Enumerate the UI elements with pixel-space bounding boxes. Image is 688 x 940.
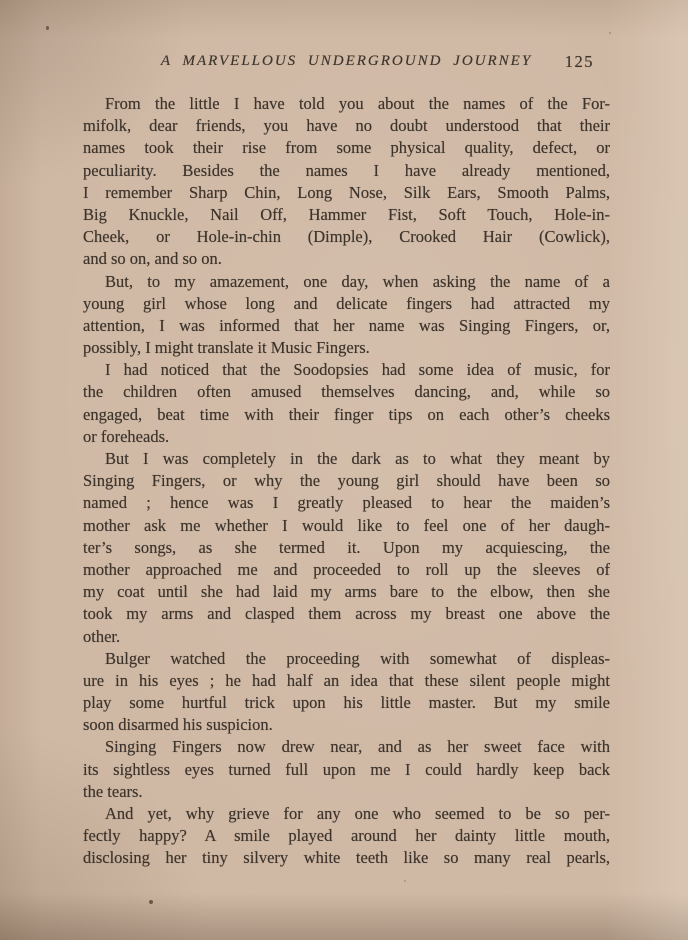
text-line: ure in his eyes ; he had half an idea th… bbox=[83, 670, 610, 692]
text-line: play some hurtful trick upon his little … bbox=[83, 692, 610, 714]
text-line: Singing Fingers, or why the young girl s… bbox=[83, 470, 610, 492]
text-line: mother approached me and proceeded to ro… bbox=[83, 559, 610, 581]
text-line: Big Knuckle, Nail Off, Hammer Fist, Soft… bbox=[83, 204, 610, 226]
text-line: or foreheads. bbox=[83, 426, 610, 448]
book-page: A MARVELLOUS UNDERGROUND JOURNEY 125 Fro… bbox=[0, 0, 688, 940]
text-line: soon disarmed his suspicion. bbox=[83, 714, 610, 736]
text-line: possibly, I might translate it Music Fin… bbox=[83, 337, 610, 359]
text-line: the tears. bbox=[83, 781, 610, 803]
running-head-title: A MARVELLOUS UNDERGROUND JOURNEY bbox=[161, 53, 532, 69]
text-line: and so on, and so on. bbox=[83, 248, 610, 270]
text-line: mifolk, dear friends, you have no doubt … bbox=[83, 115, 610, 137]
text-line: Cheek, or Hole-in-chin (Dimple), Crooked… bbox=[83, 226, 610, 248]
text-line: ter’s songs, as she termed it. Upon my a… bbox=[83, 537, 610, 559]
ink-speck bbox=[404, 880, 406, 882]
text-line: young girl whose long and delicate finge… bbox=[83, 293, 610, 315]
text-line: But I was completely in the dark as to w… bbox=[83, 448, 610, 470]
text-line: the children often amused themselves dan… bbox=[83, 381, 610, 403]
text-line: From the little I have told you about th… bbox=[83, 93, 610, 115]
text-line: fectly happy? A smile played around her … bbox=[83, 825, 610, 847]
text-line: mother ask me whether I would like to fe… bbox=[83, 515, 610, 537]
text-line: its sightless eyes turned full upon me I… bbox=[83, 759, 610, 781]
page-text: From the little I have told you about th… bbox=[83, 93, 610, 870]
text-line: other. bbox=[83, 626, 610, 648]
running-head: A MARVELLOUS UNDERGROUND JOURNEY 125 bbox=[83, 52, 610, 74]
text-line: Singing Fingers now drew near, and as he… bbox=[83, 736, 610, 758]
ink-speck bbox=[149, 900, 153, 904]
text-line: my coat until she had laid my arms bare … bbox=[83, 581, 610, 603]
page-number: 125 bbox=[565, 52, 594, 72]
text-line: And yet, why grieve for any one who seem… bbox=[83, 803, 610, 825]
text-line: peculiarity. Besides the names I have al… bbox=[83, 160, 610, 182]
ink-speck bbox=[609, 32, 611, 34]
text-line: attention, I was informed that her name … bbox=[83, 315, 610, 337]
text-line: engaged, beat time with their finger tip… bbox=[83, 404, 610, 426]
text-line: Bulger watched the proceeding with somew… bbox=[83, 648, 610, 670]
text-line: named ; hence was I greatly pleased to h… bbox=[83, 492, 610, 514]
text-line: names took their rise from some physical… bbox=[83, 137, 610, 159]
text-line: disclosing her tiny silvery white teeth … bbox=[83, 847, 610, 869]
text-line: But, to my amazement, one day, when aski… bbox=[83, 271, 610, 293]
ink-speck bbox=[46, 26, 49, 30]
text-line: took my arms and clasped them across my … bbox=[83, 603, 610, 625]
text-line: I had noticed that the Soodopsies had so… bbox=[83, 359, 610, 381]
text-line: I remember Sharp Chin, Long Nose, Silk E… bbox=[83, 182, 610, 204]
